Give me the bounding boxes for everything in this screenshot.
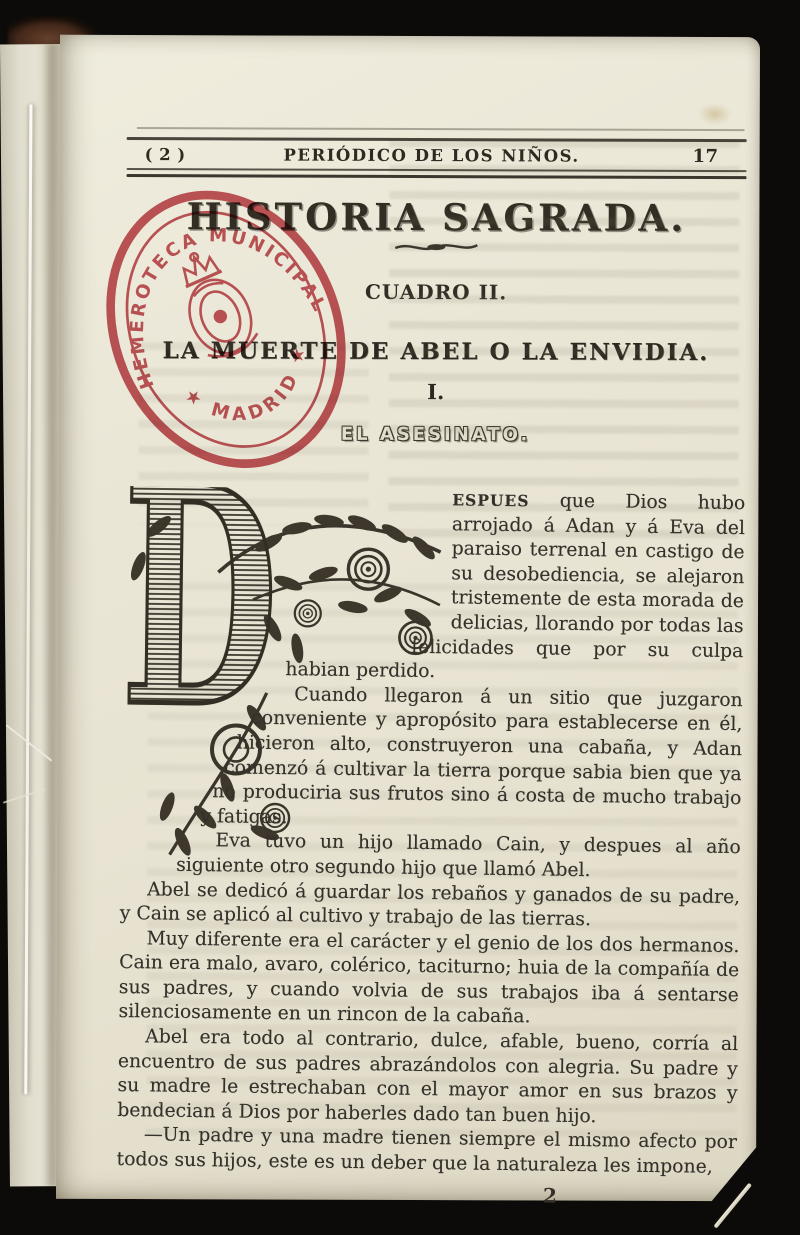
lead-word: ESPUES	[452, 490, 529, 510]
torn-paper-edge	[24, 104, 32, 1094]
header-hairline-rule	[137, 127, 745, 131]
paragraph-6: Abel era todo al contrario, dulce, afabl…	[117, 1025, 738, 1131]
running-header: ( 2 ) PERIÓDICO DE LOS NIÑOS. 17	[131, 144, 743, 167]
publication-title: PERIÓDICO DE LOS NIÑOS.	[265, 145, 599, 165]
svg-text:★ MADRID ★: ★ MADRID ★	[176, 335, 331, 449]
paper-stain	[698, 103, 732, 125]
scanned-page: ( 2 ) PERIÓDICO DE LOS NIÑOS. 17 HEMEROT…	[56, 35, 760, 1201]
crown-emblem-icon	[166, 242, 263, 365]
article-body: D ESPUES que Dios hubo arrojado á Adan y…	[116, 484, 745, 1181]
paragraph-4: Abel se dedicó á guardar los rebaños y g…	[120, 877, 741, 934]
stamp-arc-bottom-text: ★ MADRID ★	[176, 335, 331, 449]
page-number: 17	[599, 146, 743, 168]
title-divider-ornament	[393, 240, 479, 254]
header-top-rule	[127, 137, 747, 142]
paragraph-5: Muy diferente era el carácter y el genio…	[118, 927, 739, 1033]
paragraph-7: —Un padre y una madre tienen siempre el …	[116, 1123, 737, 1180]
page-corner-cut	[711, 1146, 757, 1202]
